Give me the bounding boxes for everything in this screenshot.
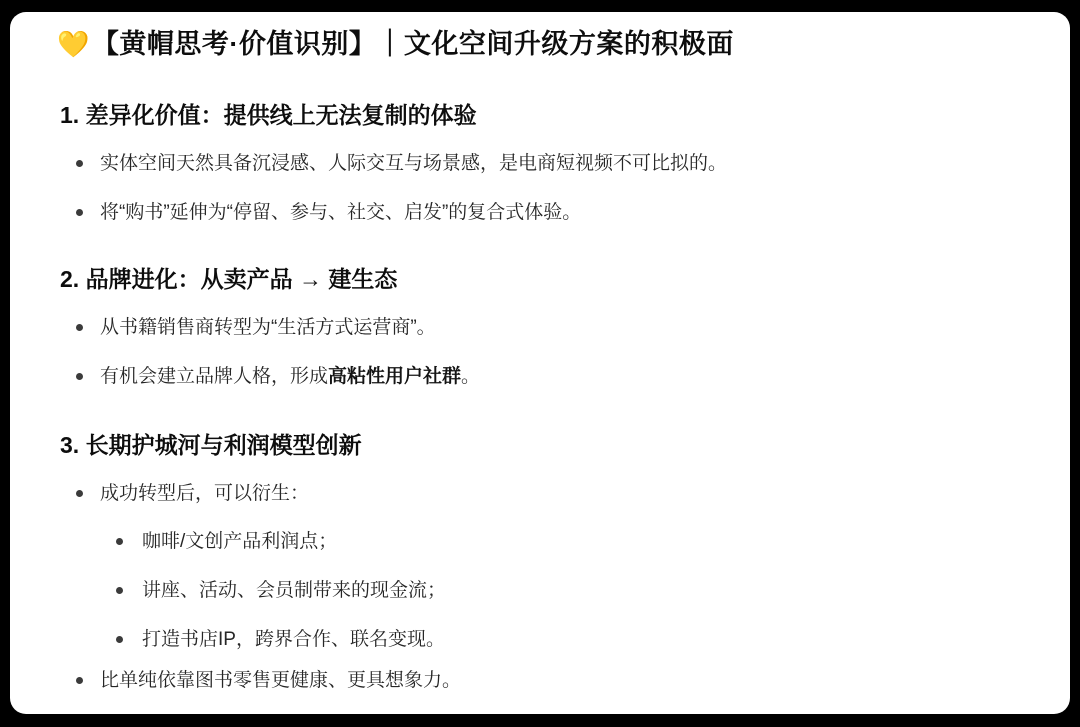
section-heading-3: 3. 长期护城河与利润模型创新 (60, 430, 1030, 460)
list-item-text: 成功转型后，可以衍生： (100, 483, 309, 504)
list-item-text: 实体空间天然具备沉浸感、人际交互与场景感，是电商短视频不可比拟的。 (100, 153, 727, 174)
list-item: 将“购书”延伸为“停留、参与、社交、启发”的复合式体验。 (57, 200, 1030, 226)
list-item: 有机会建立品牌人格，形成高粘性用户社群。 (57, 364, 1030, 390)
bullet-icon (76, 490, 83, 497)
bullet-icon (76, 677, 83, 684)
list-item-text-bold: 高粘性用户社群 (328, 366, 461, 387)
bullet-list-3: 成功转型后，可以衍生： 咖啡/文创产品利润点； 讲座、活动、会员制带来的现金流；… (57, 481, 1030, 694)
bullet-list-2: 从书籍销售商转型为“生活方式运营商”。 有机会建立品牌人格，形成高粘性用户社群。 (57, 315, 1030, 390)
sub-bullet-list: 咖啡/文创产品利润点； 讲座、活动、会员制带来的现金流； 打造书店IP，跨界合作… (100, 529, 1030, 653)
list-item-text: 将“购书”延伸为“停留、参与、社交、启发”的复合式体验。 (100, 202, 581, 223)
bullet-icon (116, 636, 123, 643)
list-item-text: 有机会建立品牌人格，形成高粘性用户社群。 (100, 366, 480, 387)
page-title: 💛【黄帽思考·价值识别】｜文化空间升级方案的积极面 (57, 26, 1030, 62)
section-heading-1: 1. 差异化价值：提供线上无法复制的体验 (60, 100, 1030, 130)
sub-list-item: 打造书店IP，跨界合作、联名变现。 (100, 627, 1030, 653)
bullet-icon (76, 160, 83, 167)
list-item: 从书籍销售商转型为“生活方式运营商”。 (57, 315, 1030, 341)
bullet-icon (116, 587, 123, 594)
note-card: 💛【黄帽思考·价值识别】｜文化空间升级方案的积极面 1. 差异化价值：提供线上无… (10, 12, 1070, 714)
bullet-icon (76, 324, 83, 331)
sub-list-item: 咖啡/文创产品利润点； (100, 529, 1030, 555)
yellow-heart-icon: 💛 (57, 29, 90, 59)
bullet-list-1: 实体空间天然具备沉浸感、人际交互与场景感，是电商短视频不可比拟的。 将“购书”延… (57, 151, 1030, 226)
list-item: 比单纯依靠图书零售更健康、更具想象力。 (57, 668, 1030, 694)
sub-list-item-text: 讲座、活动、会员制带来的现金流； (142, 580, 446, 601)
section-heading-2: 2. 品牌进化：从卖产品 → 建生态 (60, 264, 1030, 294)
list-item-text: 比单纯依靠图书零售更健康、更具想象力。 (100, 670, 461, 691)
list-item-text-pre: 有机会建立品牌人格，形成 (100, 366, 328, 387)
list-item: 实体空间天然具备沉浸感、人际交互与场景感，是电商短视频不可比拟的。 (57, 151, 1030, 177)
bullet-icon (76, 373, 83, 380)
sub-list-item: 讲座、活动、会员制带来的现金流； (100, 578, 1030, 604)
list-item-text-post: 。 (461, 366, 480, 387)
page-title-text: 【黄帽思考·价值识别】｜文化空间升级方案的积极面 (92, 29, 734, 59)
bullet-icon (116, 538, 123, 545)
sub-list-item-text: 打造书店IP，跨界合作、联名变现。 (142, 629, 445, 650)
list-item-text: 从书籍销售商转型为“生活方式运营商”。 (100, 317, 436, 338)
bullet-icon (76, 209, 83, 216)
sub-list-item-text: 咖啡/文创产品利润点； (142, 531, 337, 552)
list-item: 成功转型后，可以衍生： 咖啡/文创产品利润点； 讲座、活动、会员制带来的现金流；… (57, 481, 1030, 653)
